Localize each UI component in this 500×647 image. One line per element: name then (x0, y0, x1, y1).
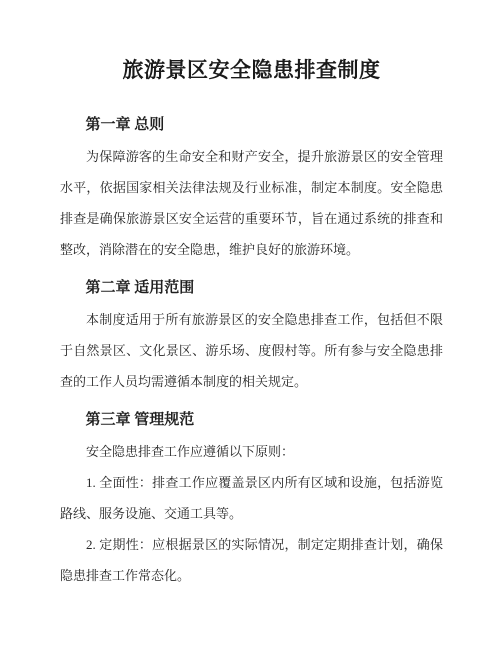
document-page: 旅游景区安全隐患排查制度 第一章 总则 为保障游客的生命安全和财产安全，提升旅游… (0, 0, 500, 647)
chapter-3-heading: 第三章 管理规范 (60, 405, 443, 436)
section-chapter-2: 第二章 适用范围 本制度适用于所有旅游景区的安全隐患排查工作，包括但不限于自然景… (60, 273, 443, 397)
section-chapter-3: 第三章 管理规范 安全隐患排查工作应遵循以下原则： 1. 全面性：排查工作应覆盖… (60, 405, 443, 591)
chapter-1-heading: 第一章 总则 (60, 110, 443, 141)
chapter-2-paragraph: 本制度适用于所有旅游景区的安全隐患排查工作，包括但不限于自然景区、文化景区、游乐… (60, 304, 443, 397)
section-chapter-1: 第一章 总则 为保障游客的生命安全和财产安全，提升旅游景区的安全管理水平，依据国… (60, 110, 443, 265)
chapter-2-heading: 第二章 适用范围 (60, 273, 443, 304)
chapter-3-rule-2-paragraph: 2. 定期性：应根据景区的实际情况，制定定期排查计划，确保隐患排查工作常态化。 (60, 529, 443, 591)
chapter-3-intro-paragraph: 安全隐患排查工作应遵循以下原则： (60, 436, 443, 467)
chapter-3-rule-1-paragraph: 1. 全面性：排查工作应覆盖景区内所有区域和设施，包括游览路线、服务设施、交通工… (60, 467, 443, 529)
document-title: 旅游景区安全隐患排查制度 (60, 55, 443, 86)
chapter-1-paragraph: 为保障游客的生命安全和财产安全，提升旅游景区的安全管理水平，依据国家相关法律法规… (60, 141, 443, 265)
